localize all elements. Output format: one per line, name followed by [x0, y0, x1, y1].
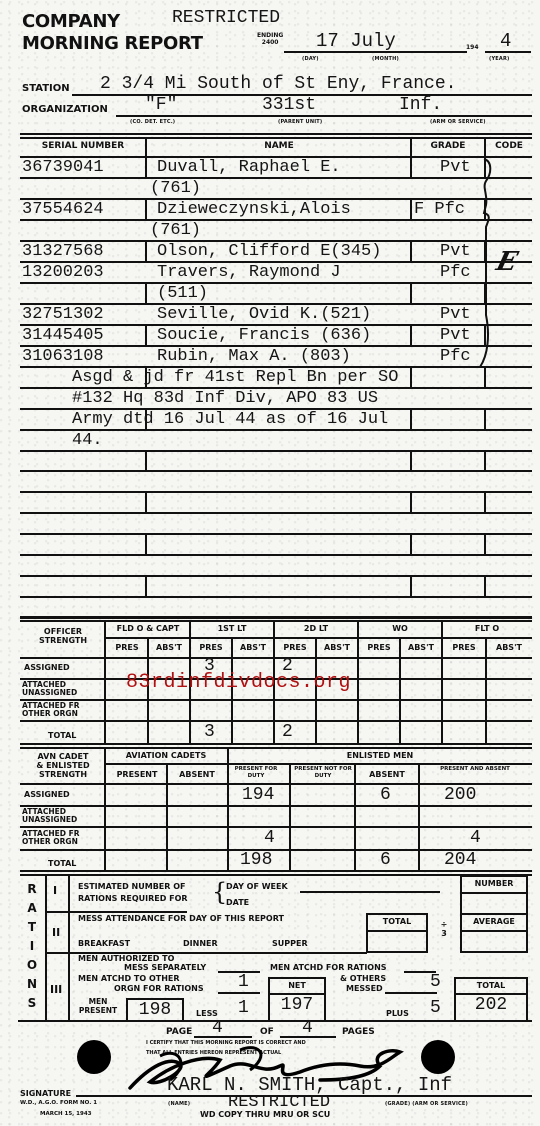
organization-label: ORGANIZATION — [22, 104, 108, 115]
grade: F Pfc — [414, 200, 465, 219]
person-name: Travers, Raymond J — [157, 263, 341, 282]
net-box: NET 197 — [268, 977, 326, 1022]
punch-hole-icon — [421, 1040, 455, 1074]
men-atchd-other-line-2: ORGN FOR RATIONS — [114, 985, 204, 993]
rations-side-label: R A T I O N S — [26, 880, 38, 1013]
men-atchd-rations-line-3: MESSED — [346, 985, 383, 993]
org-arm: Inf. — [399, 95, 442, 115]
person-name: (761) — [150, 221, 201, 240]
enlisted-title-3: STRENGTH — [22, 770, 104, 779]
group-1st-lt: 1ST LT — [191, 625, 273, 633]
average-label: AVERAGE — [462, 918, 526, 926]
rations-letter: S — [26, 994, 38, 1013]
enlisted-row-label-assigned: ASSIGNED — [24, 791, 70, 799]
grade: Pvt — [440, 305, 471, 324]
men-present-value: 198 — [128, 1000, 182, 1020]
subcol-present-for-duty: PRESENT FOR DUTY — [230, 766, 282, 780]
section-i: I — [53, 884, 57, 897]
col-header-code: CODE — [486, 141, 532, 151]
serial-number: 13200203 — [22, 263, 104, 282]
form-title-company: COMPANY — [22, 12, 120, 32]
subcol-abst: ABS'T — [149, 644, 189, 652]
form-date: MARCH 15, 1943 — [40, 1111, 92, 1117]
grade: Pvt — [440, 158, 471, 177]
subcol-cadet-absent: ABSENT — [168, 771, 226, 779]
enlisted-row-label-attached-other: ATTACHED FR OTHER ORGN — [22, 830, 104, 846]
rations-letter: R — [26, 880, 38, 899]
watermark: 83rdinfdivdocs.org — [126, 671, 351, 694]
group-aviation-cadets: AVIATION CADETS — [107, 752, 225, 760]
assigned-present-and-absent: 200 — [444, 785, 476, 805]
enlisted-strength-title: AVN CADET & ENLISTED STRENGTH — [22, 752, 104, 779]
subcol-pres: PRES — [275, 644, 315, 652]
person-name: Dzieweczynski,Alois — [157, 200, 351, 219]
page-total: 4 — [302, 1018, 313, 1038]
person-name: Rubin, Max A. (803) — [157, 347, 351, 366]
enlisted-row-label-attached-unassigned: ATTACHED UNASSIGNED — [22, 808, 104, 824]
subcol-pres: PRES — [359, 644, 399, 652]
officer-strength-title: OFFICER STRENGTH — [22, 627, 104, 645]
person-name: Seville, Ovid K.(521) — [157, 305, 371, 324]
caption-day: (DAY) — [302, 56, 319, 62]
subcol-enlisted-absent: ABSENT — [357, 771, 417, 779]
group-fld-o-capt: FLD O & CAPT — [107, 625, 189, 633]
men-present-box: 198 — [126, 998, 184, 1022]
person-name: Olson, Clifford E(345) — [157, 242, 381, 261]
subcol-abst: ABS'T — [317, 644, 357, 652]
subcol-pres: PRES — [191, 644, 231, 652]
plus-label: PLUS — [386, 1010, 409, 1018]
men-atchd-other-line-1: MEN ATCHD TO OTHER — [78, 975, 180, 983]
group-enlisted-men: ENLISTED MEN — [228, 752, 532, 760]
attached-other-present-and-absent: 4 — [470, 828, 481, 848]
grade: Pvt — [440, 242, 471, 261]
rations-letter: N — [26, 975, 38, 994]
subcol-pres: PRES — [443, 644, 485, 652]
grade: Pvt — [440, 326, 471, 345]
col-header-serial: SERIAL NUMBER — [22, 141, 144, 151]
rations-letter: T — [26, 918, 38, 937]
officer-row-label-assigned: ASSIGNED — [24, 664, 70, 672]
men-auth-line-1: MEN AUTHORIZED TO — [78, 955, 174, 963]
remarks-line-1: Asgd & jd fr 41st Repl Bn per SO — [72, 368, 398, 387]
col-header-name: NAME — [148, 141, 410, 151]
average-box: AVERAGE — [460, 913, 528, 953]
officer-strength-title-2: STRENGTH — [22, 636, 104, 645]
grand-total-value: 202 — [456, 995, 526, 1015]
person-name: Soucie, Francis (636) — [157, 326, 371, 345]
officer-row-label-total: TOTAL — [48, 732, 76, 740]
men-auth-line-2: MESS SEPARATELY — [124, 964, 206, 972]
men-present-label-1: MEN — [72, 997, 124, 1006]
men-present-label-2: PRESENT — [72, 1006, 124, 1015]
enlisted-title-2: & ENLISTED — [22, 761, 104, 770]
copy-note: WD COPY THRU MRU OR SCU — [200, 1110, 330, 1119]
number-box: NUMBER — [460, 875, 528, 915]
net-label: NET — [270, 982, 324, 990]
dinner-label: DINNER — [183, 940, 218, 948]
enlisted-title-1: AVN CADET — [22, 752, 104, 761]
others-messed-value: 5 — [430, 972, 441, 992]
number-label: NUMBER — [462, 880, 526, 888]
signature-label: SIGNATURE — [20, 1089, 71, 1098]
remarks-line-4: 44. — [72, 431, 103, 450]
group-flt-o: FLT O — [443, 625, 531, 633]
officer-row-label-attached-other: ATTACHED FR OTHER ORGN — [22, 702, 104, 718]
caption-arm: (ARM OR SERVICE) — [430, 119, 486, 125]
form-title-morning-report: MORNING REPORT — [22, 34, 203, 54]
less-label: LESS — [196, 1010, 218, 1018]
total-present-for-duty: 198 — [240, 850, 272, 870]
ending-label-2: 2400 — [257, 39, 283, 46]
less-value: 1 — [238, 998, 249, 1018]
serial-number: 31327568 — [22, 242, 104, 261]
officer-strength-title-1: OFFICER — [22, 627, 104, 636]
subcol-abst: ABS'T — [487, 644, 531, 652]
report-date: 17 July — [316, 30, 396, 52]
form-number: W.D., A.G.O. FORM NO. 1 — [20, 1100, 97, 1106]
grade: Pfc — [440, 347, 471, 366]
year-prefix: 194 — [466, 44, 479, 51]
men-atchd-rations-line-1: MEN ATCHD FOR RATIONS — [270, 964, 387, 972]
officer-total-1st-lt-pres: 3 — [204, 722, 215, 742]
subcol-pres: PRES — [107, 644, 147, 652]
caption-grade-arm: (GRADE) (ARM OR SERVICE) — [385, 1101, 468, 1107]
caption-name: (NAME) — [168, 1101, 190, 1107]
subcol-present-and-absent: PRESENT AND ABSENT — [420, 766, 530, 773]
grand-total-box: TOTAL 202 — [454, 977, 528, 1022]
assigned-present-for-duty: 194 — [242, 785, 274, 805]
station-value: 2 3/4 Mi South of St Eny, France. — [100, 74, 456, 94]
section-iii: III — [50, 983, 62, 996]
group-wo: WO — [359, 625, 441, 633]
plus-value: 5 — [430, 998, 441, 1018]
grade: Pfc — [440, 263, 471, 282]
page-number: 4 — [212, 1018, 223, 1038]
serial-number: 31445405 — [22, 326, 104, 345]
mess-attendance-label: MESS ATTENDANCE FOR DAY OF THIS REPORT — [78, 915, 284, 923]
person-name: (761) — [150, 179, 201, 198]
remarks-line-3: Army dtd 16 Jul 44 as of 16 Jul — [72, 410, 388, 429]
divide-by-three: ÷ 3 — [439, 920, 449, 938]
org-company: "F" — [145, 95, 177, 115]
caption-year: (YEAR) — [489, 56, 510, 62]
caption-month: (MONTH) — [372, 56, 399, 62]
serial-number: 37554624 — [22, 200, 104, 219]
attached-other-present-for-duty: 4 — [264, 828, 275, 848]
mess-total-label: TOTAL — [368, 918, 426, 926]
men-atchd-other-value: 1 — [238, 972, 249, 992]
group-2d-lt: 2D LT — [275, 625, 357, 633]
estimated-line-2: RATIONS REQUIRED FOR — [78, 895, 188, 903]
supper-label: SUPPER — [272, 940, 308, 948]
rations-letter: I — [26, 937, 38, 956]
men-atchd-rations-line-2: & OTHERS — [340, 975, 386, 983]
assigned-absent: 6 — [380, 785, 391, 805]
total-absent: 6 — [380, 850, 391, 870]
ending-label: ENDING 2400 — [257, 32, 283, 46]
report-year: 4 — [500, 30, 511, 52]
morning-report-form: COMPANY MORNING REPORT RESTRICTED ENDING… — [0, 0, 540, 1126]
date-label: DATE — [226, 899, 249, 907]
rations-letter: O — [26, 956, 38, 975]
breakfast-label: BREAKFAST — [78, 940, 130, 948]
org-parent-unit: 331st — [262, 95, 316, 115]
section-ii: II — [52, 926, 60, 939]
remarks-line-2: #132 Hq 83d Inf Div, APO 83 US — [72, 389, 378, 408]
brace-icon: { — [212, 878, 227, 906]
punch-hole-icon — [77, 1040, 111, 1074]
men-present-label: MEN PRESENT — [72, 997, 124, 1015]
serial-number: 36739041 — [22, 158, 104, 177]
subcol-abst: ABS'T — [233, 644, 273, 652]
enlisted-row-label-total: TOTAL — [48, 860, 76, 868]
officer-row-label-attached-unassigned: ATTACHED UNASSIGNED — [22, 681, 104, 697]
classification-top: RESTRICTED — [172, 8, 280, 28]
serial-number: 32751302 — [22, 305, 104, 324]
grand-total-label: TOTAL — [456, 982, 526, 990]
estimated-line-1: ESTIMATED NUMBER OF — [78, 883, 185, 891]
serial-number: 31063108 — [22, 347, 104, 366]
caption-co: (CO. DET. ETC.) — [130, 119, 175, 125]
day-of-week-label: DAY OF WEEK — [226, 883, 288, 891]
person-name: Duvall, Raphael E. — [157, 158, 341, 177]
total-present-and-absent: 204 — [444, 850, 476, 870]
subcol-cadet-present: PRESENT — [107, 771, 167, 779]
officer-total-2d-lt-pres: 2 — [282, 722, 293, 742]
col-header-grade: GRADE — [412, 141, 484, 151]
net-value: 197 — [270, 995, 324, 1015]
caption-parent: (PARENT UNIT) — [278, 119, 322, 125]
ending-label-1: ENDING — [257, 32, 283, 39]
person-name: (511) — [157, 284, 208, 303]
station-label: STATION — [22, 83, 70, 94]
subcol-present-not-for-duty: PRESENT NOT FOR DUTY — [292, 766, 354, 780]
mess-total-box: TOTAL — [366, 913, 428, 953]
rations-letter: A — [26, 899, 38, 918]
subcol-abst: ABS'T — [401, 644, 441, 652]
